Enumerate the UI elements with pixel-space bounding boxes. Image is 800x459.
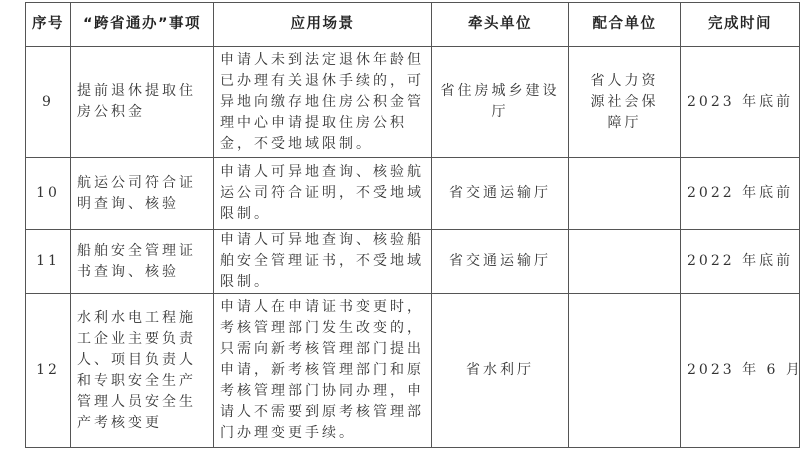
cell-lead-unit: 省交通运输厅 [432, 230, 569, 294]
cell-serial-no: 10 [26, 158, 71, 230]
cell-lead-unit: 省水利厅 [432, 294, 569, 448]
cell-service-item: 船舶安全管理证书查询、核验 [71, 230, 214, 294]
cell-scenario: 申请人可异地查询、核验船舶安全管理证书，不受地域限制。 [214, 230, 432, 294]
cell-deadline: 2023 年底前 [681, 47, 800, 158]
table-row: 11 船舶安全管理证书查询、核验 申请人可异地查询、核验船舶安全管理证书，不受地… [26, 230, 800, 294]
cell-deadline: 2023 年 6 月底前 [681, 294, 800, 448]
cell-coop-unit: 省人力资源社会保障厅 [569, 47, 681, 158]
header-deadline: 完成时间 [681, 3, 800, 47]
table-row: 12 水利水电工程施工企业主要负责人、项目负责人和专职安全生产管理人员安全生产考… [26, 294, 800, 448]
cell-deadline: 2022 年底前 [681, 230, 800, 294]
cell-scenario: 申请人在申请证书变更时，考核管理部门发生改变的，只需向新考核管理部门提出申请，新… [214, 294, 432, 448]
cell-service-item: 航运公司符合证明查询、核验 [71, 158, 214, 230]
cell-coop-unit [569, 294, 681, 448]
table-row: 10 航运公司符合证明查询、核验 申请人可异地查询、核验航运公司符合证明，不受地… [26, 158, 800, 230]
cell-coop-unit [569, 158, 681, 230]
cell-scenario: 申请人可异地查询、核验航运公司符合证明，不受地域限制。 [214, 158, 432, 230]
header-scenario: 应用场景 [214, 3, 432, 47]
cell-serial-no: 11 [26, 230, 71, 294]
cell-coop-unit [569, 230, 681, 294]
cell-lead-unit: 省交通运输厅 [432, 158, 569, 230]
header-service-item: “跨省通办”事项 [71, 3, 214, 47]
table-row: 9 提前退休提取住房公积金 申请人未到法定退休年龄但已办理有关退休手续的，可异地… [26, 47, 800, 158]
header-serial-no: 序号 [26, 3, 71, 47]
cell-service-item: 提前退休提取住房公积金 [71, 47, 214, 158]
cell-scenario: 申请人未到法定退休年龄但已办理有关退休手续的，可异地向缴存地住房公积金管理中心申… [214, 47, 432, 158]
cross-province-services-table: 序号 “跨省通办”事项 应用场景 牵头单位 配合单位 完成时间 9 提前退休提取… [25, 2, 800, 448]
header-coop-unit: 配合单位 [569, 3, 681, 47]
cell-deadline: 2022 年底前 [681, 158, 800, 230]
cell-serial-no: 12 [26, 294, 71, 448]
cell-lead-unit: 省住房城乡建设厅 [432, 47, 569, 158]
cell-service-item: 水利水电工程施工企业主要负责人、项目负责人和专职安全生产管理人员安全生产考核变更 [71, 294, 214, 448]
header-lead-unit: 牵头单位 [432, 3, 569, 47]
cell-serial-no: 9 [26, 47, 71, 158]
table-header-row: 序号 “跨省通办”事项 应用场景 牵头单位 配合单位 完成时间 [26, 3, 800, 47]
